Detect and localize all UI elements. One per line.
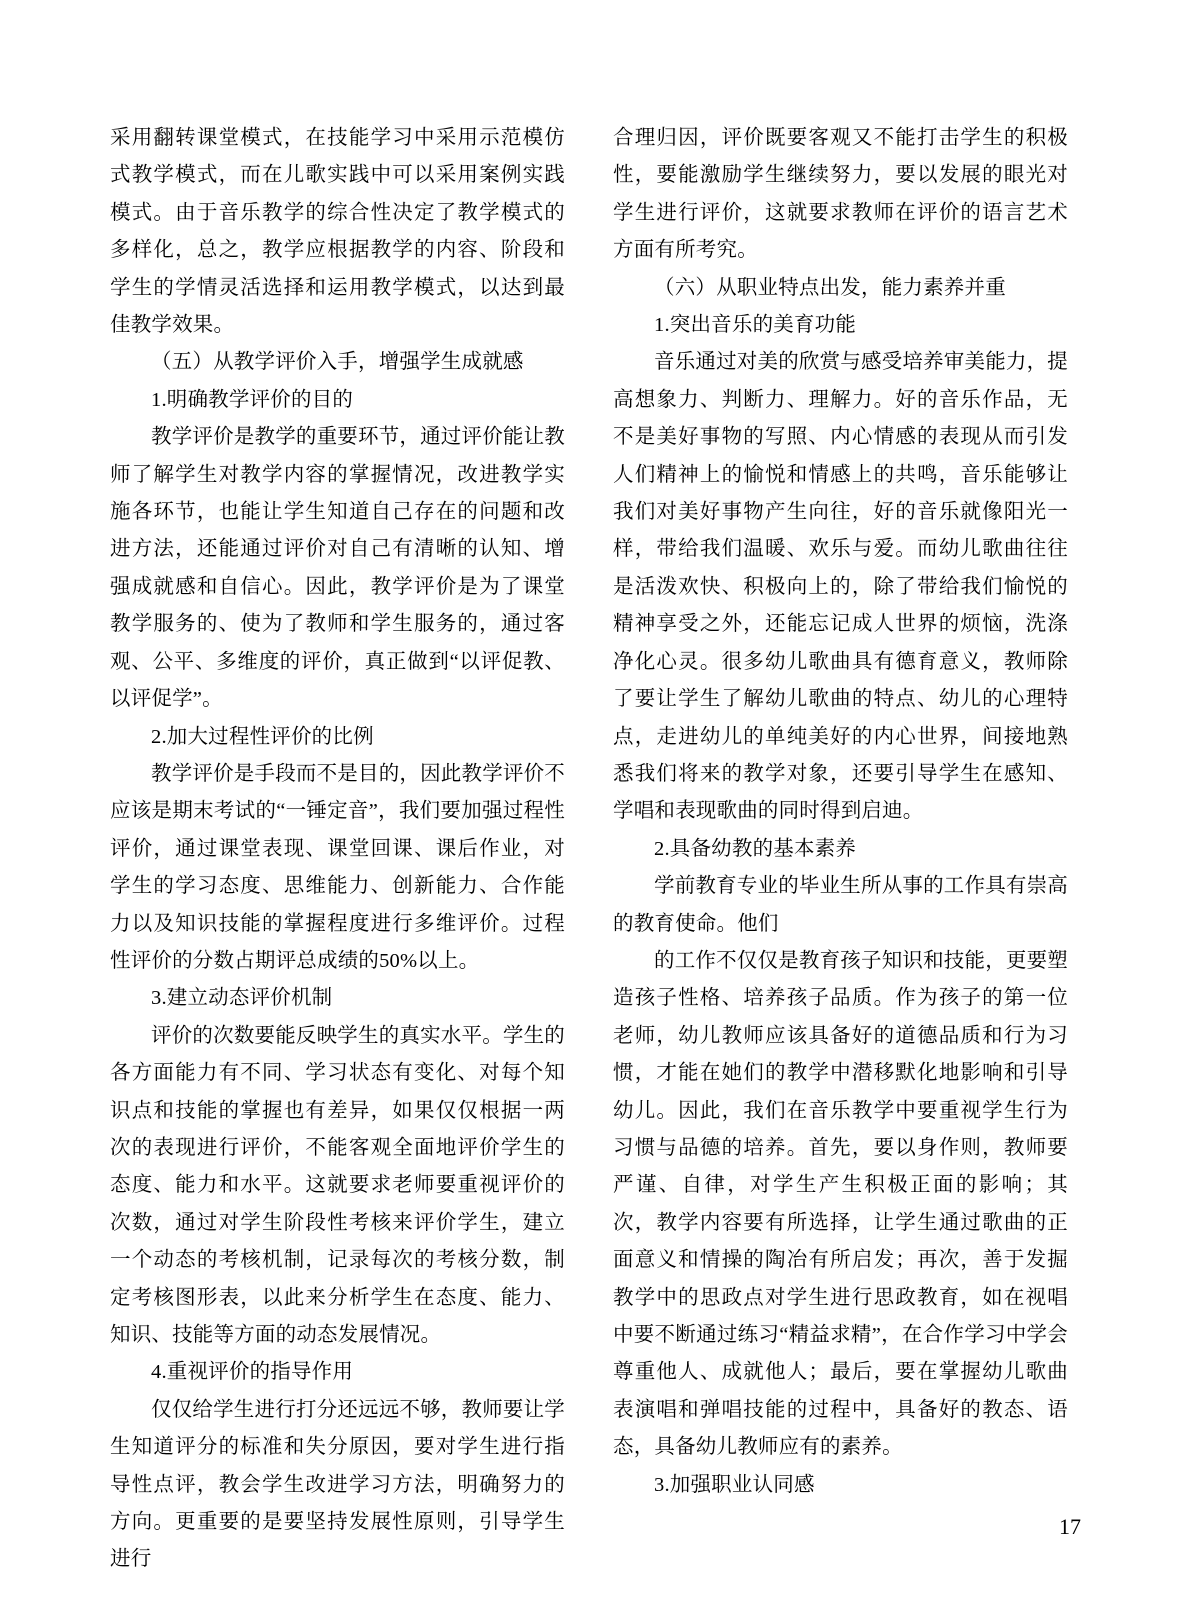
- left-column: 采用翻转课堂模式，在技能学习中采用示范模仿式教学模式，而在儿歌实践中可以采用案例…: [110, 120, 565, 1579]
- continuation-paragraph: 采用翻转课堂模式，在技能学习中采用示范模仿式教学模式，而在儿歌实践中可以采用案例…: [110, 120, 565, 344]
- continuation-paragraph: 合理归因，评价既要客观又不能打击学生的积极性，要能激励学生继续努力，要以发展的眼…: [613, 120, 1068, 270]
- subsection-heading-1: 1.明确教学评价的目的: [110, 382, 565, 419]
- body-paragraph: 的工作不仅仅是教育孩子知识和技能，更要塑造孩子性格、培养孩子品质。作为孩子的第一…: [613, 943, 1068, 1467]
- subsection-heading-1: 1.突出音乐的美育功能: [613, 307, 1068, 344]
- body-paragraph: 学前教育专业的毕业生所从事的工作具有崇高的教育使命。他们: [613, 868, 1068, 943]
- page-number: 17: [1059, 1514, 1081, 1540]
- subsection-heading-3: 3.建立动态评价机制: [110, 980, 565, 1017]
- body-paragraph: 评价的次数要能反映学生的真实水平。学生的各方面能力有不同、学习状态有变化、对每个…: [110, 1018, 565, 1355]
- subsection-heading-3: 3.加强职业认同感: [613, 1467, 1068, 1504]
- section-heading-5: （五）从教学评价入手，增强学生成就感: [110, 344, 565, 381]
- body-paragraph: 教学评价是教学的重要环节，通过评价能让教师了解学生对教学内容的掌握情况，改进教学…: [110, 419, 565, 718]
- right-column: 合理归因，评价既要客观又不能打击学生的积极性，要能激励学生继续努力，要以发展的眼…: [613, 120, 1068, 1579]
- section-heading-6: （六）从职业特点出发，能力素养并重: [613, 270, 1068, 307]
- document-page: 采用翻转课堂模式，在技能学习中采用示范模仿式教学模式，而在儿歌实践中可以采用案例…: [0, 0, 1191, 1616]
- body-paragraph: 仅仅给学生进行打分还远远不够，教师要让学生知道评分的标准和失分原因，要对学生进行…: [110, 1392, 565, 1579]
- body-paragraph: 音乐通过对美的欣赏与感受培养审美能力，提高想象力、判断力、理解力。好的音乐作品，…: [613, 344, 1068, 830]
- subsection-heading-2: 2.加大过程性评价的比例: [110, 719, 565, 756]
- two-column-layout: 采用翻转课堂模式，在技能学习中采用示范模仿式教学模式，而在儿歌实践中可以采用案例…: [110, 120, 1068, 1579]
- subsection-heading-2: 2.具备幼教的基本素养: [613, 831, 1068, 868]
- body-paragraph: 教学评价是手段而不是目的，因此教学评价不应该是期末考试的“一锤定音”，我们要加强…: [110, 756, 565, 980]
- subsection-heading-4: 4.重视评价的指导作用: [110, 1354, 565, 1391]
